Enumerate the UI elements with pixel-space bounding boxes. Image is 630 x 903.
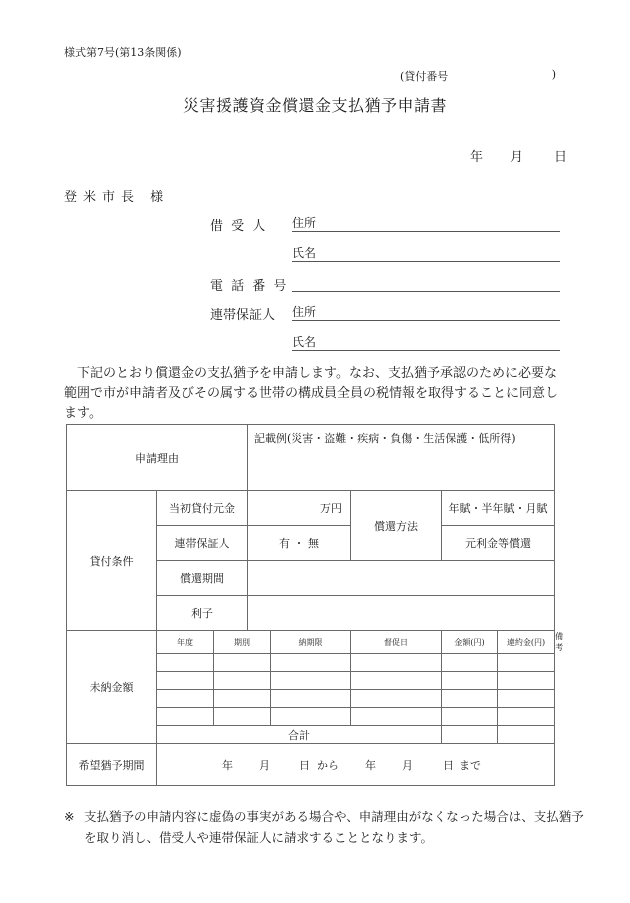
from-year: 年	[222, 757, 259, 773]
arrears-cell[interactable]	[351, 708, 442, 726]
borrower-name-field[interactable]: 氏名	[292, 244, 560, 262]
arrears-cell[interactable]	[214, 708, 271, 726]
arrears-cell[interactable]	[498, 708, 555, 726]
to-day: 日	[443, 757, 459, 773]
guarantor-presence-options[interactable]: 有 ・ 無	[248, 526, 351, 561]
guarantor-name-label: 氏名	[292, 333, 316, 350]
loan-number-field[interactable]: (貸付番号 )	[400, 68, 560, 84]
interest-label: 利子	[157, 596, 248, 631]
desired-period-row: 希望猶予期間 年月日から年月日まで	[67, 744, 555, 786]
arrears-cell[interactable]	[214, 690, 271, 708]
reason-example: 記載例(災害・盗難・疾病・負傷・生活保護・低所得)	[254, 432, 516, 445]
initial-principal-field[interactable]: 万円	[248, 491, 351, 526]
arrears-cell[interactable]	[271, 672, 351, 690]
reason-label: 申請理由	[67, 425, 248, 491]
arrears-cell[interactable]	[351, 672, 442, 690]
arrears-col-due-date: 納期限	[271, 631, 351, 654]
initial-principal-row: 貸付条件 当初貸付元金 万円 償還方法 年賦・半年賦・月賦	[67, 491, 555, 526]
arrears-cell[interactable]	[498, 672, 555, 690]
form-id: 様式第7号(第13条関係)	[64, 44, 182, 60]
guarantor-label: 連帯保証人	[210, 304, 275, 323]
phone-label: 電 話 番 号	[210, 275, 288, 294]
reason-row: 申請理由 記載例(災害・盗難・疾病・負傷・生活保護・低所得)	[67, 425, 555, 491]
guarantor-presence-label: 連帯保証人	[157, 526, 248, 561]
arrears-cell[interactable]	[498, 690, 555, 708]
loan-number-label: (貸付番号	[400, 70, 448, 83]
addressee: 登米市長 様	[64, 186, 169, 205]
desired-period-field[interactable]: 年月日から年月日まで	[157, 744, 555, 786]
loan-number-close: )	[552, 68, 556, 81]
arrears-label: 未納金額	[67, 631, 157, 744]
borrower-address-field[interactable]: 住所	[292, 214, 560, 232]
guarantor-address-field[interactable]: 住所	[292, 303, 560, 321]
arrears-cell[interactable]	[271, 708, 351, 726]
arrears-cell[interactable]	[351, 654, 442, 672]
to-year: 年	[365, 757, 402, 773]
consent-text: 下記のとおり償還金の支払猶予を申請します。なお、支払猶予承認のために必要な範囲で…	[64, 364, 564, 424]
arrears-cell[interactable]	[442, 672, 498, 690]
application-table: 申請理由 記載例(災害・盗難・疾病・負傷・生活保護・低所得) 貸付条件 当初貸付…	[66, 424, 555, 786]
interest-field[interactable]	[248, 596, 555, 631]
document-title: 災害援護資金償還金支払猶予申請書	[0, 93, 630, 116]
borrower-label: 借 受 人	[210, 215, 267, 234]
initial-principal-label: 当初貸付元金	[157, 491, 248, 526]
borrower-name-label: 氏名	[292, 244, 316, 261]
arrears-cell[interactable]	[351, 690, 442, 708]
arrears-cell[interactable]	[214, 672, 271, 690]
reason-field[interactable]: 記載例(災害・盗難・疾病・負傷・生活保護・低所得)	[248, 425, 555, 491]
arrears-cell[interactable]	[157, 708, 214, 726]
to-label: まで	[459, 759, 481, 772]
arrears-cell[interactable]	[271, 690, 351, 708]
borrower-address-label: 住所	[292, 214, 316, 231]
date-field[interactable]: 年月日	[470, 146, 567, 165]
arrears-cell[interactable]	[498, 654, 555, 672]
arrears-cell[interactable]	[157, 690, 214, 708]
arrears-cell[interactable]	[214, 654, 271, 672]
arrears-cell[interactable]	[157, 654, 214, 672]
arrears-cell[interactable]	[442, 708, 498, 726]
arrears-cell[interactable]	[271, 654, 351, 672]
arrears-col-period: 期別	[214, 631, 271, 654]
repayment-method-option-installment[interactable]: 年賦・半年賦・月賦	[442, 491, 555, 526]
footnote: ※ 支払猶予の申請内容に虚偽の事実がある場合や、申請理由がなくなった場合は、支払…	[64, 806, 584, 848]
arrears-header-row: 未納金額 年度 期別 納期限 督促日 金額(円) 違約金(円) 備考	[67, 631, 555, 654]
loan-terms-label: 貸付条件	[67, 491, 157, 631]
from-label: から	[317, 757, 365, 773]
repayment-period-label: 償還期間	[157, 561, 248, 596]
arrears-col-fiscal-year: 年度	[157, 631, 214, 654]
reference-mark-icon: ※	[64, 806, 74, 827]
repayment-period-field[interactable]	[248, 561, 555, 596]
from-month: 月	[259, 757, 299, 773]
repayment-method-label: 償還方法	[351, 491, 442, 561]
arrears-col-amount: 金額(円)	[442, 631, 498, 654]
initial-principal-unit: 万円	[320, 502, 342, 515]
from-day: 日	[299, 757, 317, 773]
arrears-total-amount[interactable]	[442, 726, 498, 744]
arrears-cell[interactable]	[442, 654, 498, 672]
desired-period-label: 希望猶予期間	[67, 744, 157, 786]
date-day: 日	[554, 146, 567, 165]
guarantor-address-label: 住所	[292, 303, 316, 320]
arrears-total-penalty[interactable]	[498, 726, 555, 744]
date-year: 年	[470, 146, 510, 165]
to-month: 月	[402, 757, 443, 773]
phone-field[interactable]	[292, 274, 560, 292]
arrears-cell[interactable]	[157, 672, 214, 690]
date-month: 月	[510, 146, 554, 165]
repayment-method-option-equal[interactable]: 元利金等償還	[442, 526, 555, 561]
arrears-total-label: 合計	[157, 726, 442, 744]
arrears-cell[interactable]	[442, 690, 498, 708]
footnote-text: 支払猶予の申請内容に虚偽の事実がある場合や、申請理由がなくなった場合は、支払猶予…	[64, 806, 584, 848]
guarantor-name-field[interactable]: 氏名	[292, 333, 560, 351]
arrears-col-penalty: 違約金(円)	[498, 631, 555, 654]
arrears-col-reminder-date: 督促日	[351, 631, 442, 654]
